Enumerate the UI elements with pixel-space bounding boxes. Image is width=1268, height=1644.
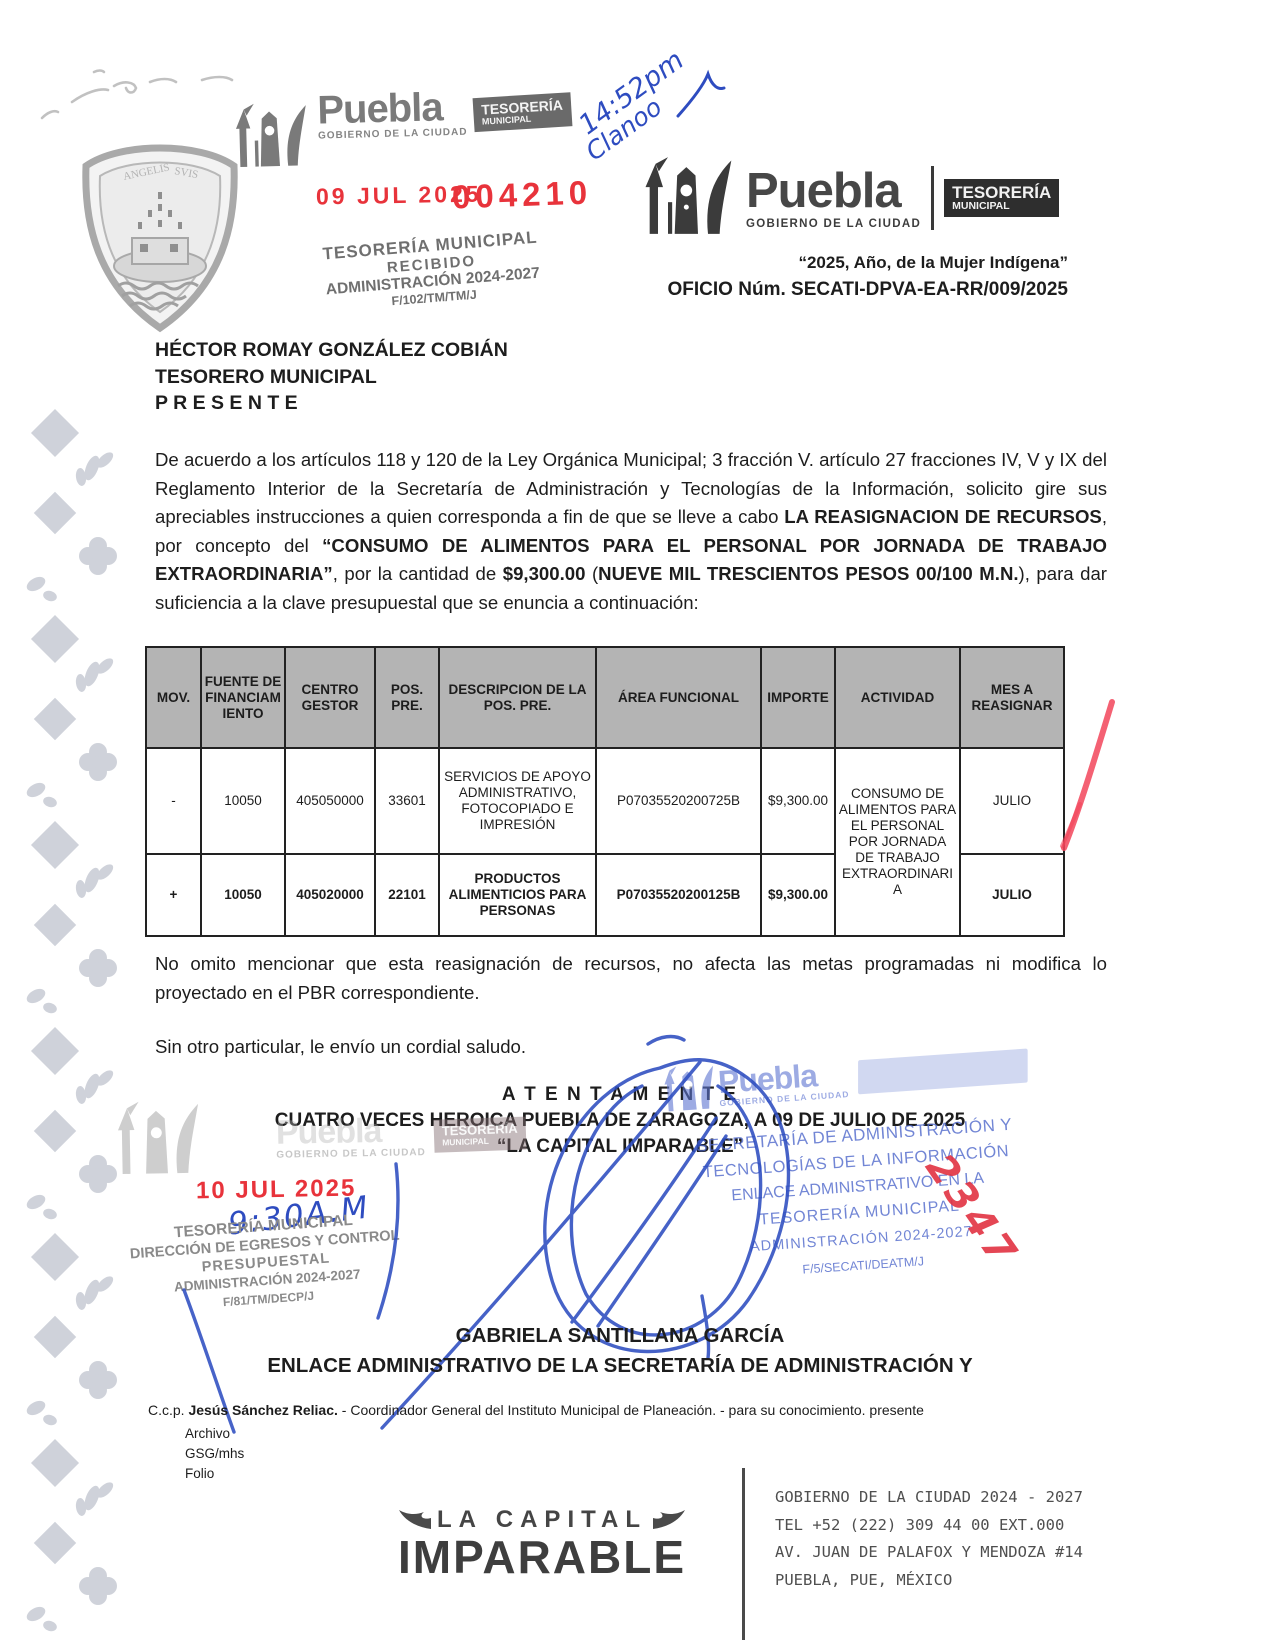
body-text: ( [585, 563, 598, 584]
cell-centro: 405050000 [285, 748, 375, 854]
col-header-descripcion: DESCRIPCION DE LA POS. PRE. [439, 647, 596, 748]
egresos-text-stamp: TESORERÍA MUNICIPAL DIRECCIÓN DE EGRESOS… [103, 1207, 428, 1319]
brand-wordmark: Puebla [746, 167, 921, 216]
cell-centro: 405020000 [285, 854, 375, 936]
received-text-stamp: TESORERÍA MUNICIPAL RECIBIDO ADMINISTRAC… [270, 224, 594, 318]
cell-pos: 22101 [375, 854, 439, 936]
logo-divider [931, 166, 934, 230]
blue-stamp-text: SECRETARÍA DE ADMINISTRACIÓN Y TECNOLOGÍ… [634, 1107, 1084, 1293]
puebla-coat-of-arms-icon: ANGELIS SVIS [74, 134, 246, 336]
wing-right-icon [651, 1507, 687, 1533]
col-header-centro: CENTRO GESTOR [285, 647, 375, 748]
body-text-bold: LA REASIGNACION DE RECURSOS [784, 506, 1102, 527]
puebla-city-icon [638, 146, 738, 250]
brand-subtitle: GOBIERNO DE LA CIUDAD [746, 218, 921, 230]
ccp-initials: GSG/mhs [185, 1444, 244, 1464]
cell-mov: - [146, 748, 201, 854]
col-header-fuente: FUENTE DE FINANCIAMIENTO [201, 647, 285, 748]
puebla-header-logo: Puebla GOBIERNO DE LA CIUDAD TESORERÍA M… [638, 146, 1059, 250]
signer-name: GABRIELA SANTILLANA GARCÍA [150, 1324, 1090, 1348]
oficio-number: OFICIO Núm. SECATI-DPVA-EA-RR/009/2025 [613, 279, 1068, 301]
cell-mov: + [146, 854, 201, 936]
treasury-badge: TESORERÍA MUNICIPAL [433, 1116, 526, 1152]
body-text-bold: NUEVE MIL TRESCIENTOS PESOS 00/100 M.N. [598, 563, 1018, 584]
secati-blue-stamp: Puebla GOBIERNO DE LA CIUDAD SECRETARÍA … [628, 1030, 1103, 1294]
puebla-city-icon [658, 1056, 720, 1122]
cell-fuente: 10050 [201, 854, 285, 936]
col-header-actividad: ACTIVIDAD [835, 647, 960, 748]
badge-line1: TESORERÍA [952, 184, 1051, 202]
handwritten-flourish [668, 68, 728, 128]
ccp-prefix: C.c.p. [148, 1402, 185, 1418]
footer-address-block: GOBIERNO DE LA CIUDAD 2024 - 2027 TEL +5… [775, 1484, 1083, 1594]
col-header-area: ÁREA FUNCIONAL [596, 647, 761, 748]
ccp-folio: Folio [185, 1464, 244, 1484]
brand-wordmark: Puebla [276, 1113, 426, 1150]
cell-mes: JULIO [960, 854, 1064, 936]
col-header-mes: MES A REASIGNAR [960, 647, 1064, 748]
cell-mes: JULIO [960, 748, 1064, 854]
closing-paragraph-1: No omito mencionar que esta reasignación… [155, 950, 1107, 1007]
addressee-block: HÉCTOR ROMAY GONZÁLEZ COBIÁN TESORERO MU… [155, 337, 508, 417]
cell-area: P07035520200725B [596, 748, 761, 854]
cell-importe: $9,300.00 [761, 854, 835, 936]
addressee-title: TESORERO MUNICIPAL [155, 364, 508, 391]
cell-fuente: 10050 [201, 748, 285, 854]
cell-importe: $9,300.00 [761, 748, 835, 854]
received-folio-stamp: 004210 [451, 174, 592, 217]
addressee-name: HÉCTOR ROMAY GONZÁLEZ COBIÁN [155, 337, 508, 364]
budget-reassignment-table: MOV. FUENTE DE FINANCIAMIENTO CENTRO GES… [145, 646, 1065, 937]
red-check-mark [1050, 688, 1130, 858]
stamp-ink-smear [858, 1048, 1028, 1094]
scanned-official-letter: ANGELIS SVIS [0, 0, 1268, 1644]
footer-street-line: AV. JUAN DE PALAFOX Y MENDOZA #14 [775, 1539, 1083, 1567]
talavera-border-pattern [10, 408, 135, 1644]
col-header-importe: IMPORTE [761, 647, 835, 748]
ccp-recipient-name: Jesús Sánchez Reliac. [188, 1402, 337, 1418]
puebla-city-icon [229, 91, 313, 183]
year-motto: “2025, Año, de la Mujer Indígena” [613, 253, 1068, 273]
faded-logo-stamp: Puebla GOBIERNO DE LA CIUDAD TESORERÍA M… [109, 1090, 526, 1183]
col-header-mov: MOV. [146, 647, 201, 748]
cell-actividad: CONSUMO DE ALIMENTOS PARA EL PERSONAL PO… [835, 748, 960, 936]
body-paragraph: De acuerdo a los artículos 118 y 120 de … [155, 446, 1107, 618]
ccp-recipient-detail: - Coordinador General del Instituto Muni… [338, 1402, 924, 1418]
ccp-sub-lines: Archivo GSG/mhs Folio [185, 1424, 244, 1484]
footer-divider [742, 1468, 745, 1640]
cell-area: P07035520200125B [596, 854, 761, 936]
body-text: , por la cantidad de [333, 563, 503, 584]
capital-imparable-logo: LA CAPITAL IMPARABLE [382, 1506, 702, 1584]
cell-pos: 33601 [375, 748, 439, 854]
footer-government-line: GOBIERNO DE LA CIUDAD 2024 - 2027 [775, 1484, 1083, 1512]
puebla-city-icon [109, 1096, 206, 1184]
ccp-line: C.c.p. Jesús Sánchez Reliac. - Coordinad… [148, 1402, 924, 1418]
table-header-row: MOV. FUENTE DE FINANCIAMIENTO CENTRO GES… [146, 647, 1064, 748]
table-row: - 10050 405050000 33601 SERVICIOS DE APO… [146, 748, 1064, 854]
received-logo-stamp: Puebla GOBIERNO DE LA CIUDAD TESORERÍA M… [229, 83, 603, 183]
body-text-bold: $9,300.00 [503, 563, 586, 584]
addressee-salutation: P R E S E N T E [155, 390, 508, 417]
treasury-badge: TESORERÍA MUNICIPAL [472, 92, 572, 132]
badge-line2: MUNICIPAL [442, 1135, 518, 1147]
ccp-archivo: Archivo [185, 1424, 244, 1444]
logo-bottom-text: IMPARABLE [382, 1530, 702, 1584]
col-header-pos: POS. PRE. [375, 647, 439, 748]
cell-descripcion: PRODUCTOS ALIMENTICIOS PARA PERSONAS [439, 854, 596, 936]
cell-descripcion: SERVICIOS DE APOYO ADMINISTRATIVO, FOTOC… [439, 748, 596, 854]
footer-phone-line: TEL +52 (222) 309 44 00 EXT.000 [775, 1512, 1083, 1540]
badge-line2: MUNICIPAL [952, 201, 1051, 212]
treasury-badge: TESORERÍA MUNICIPAL [944, 179, 1059, 218]
brand-wordmark: Puebla [317, 87, 468, 131]
signer-title: ENLACE ADMINISTRATIVO DE LA SECRETARÍA D… [150, 1354, 1090, 1378]
footer-city-line: PUEBLA, PUE, MÉXICO [775, 1567, 1083, 1595]
